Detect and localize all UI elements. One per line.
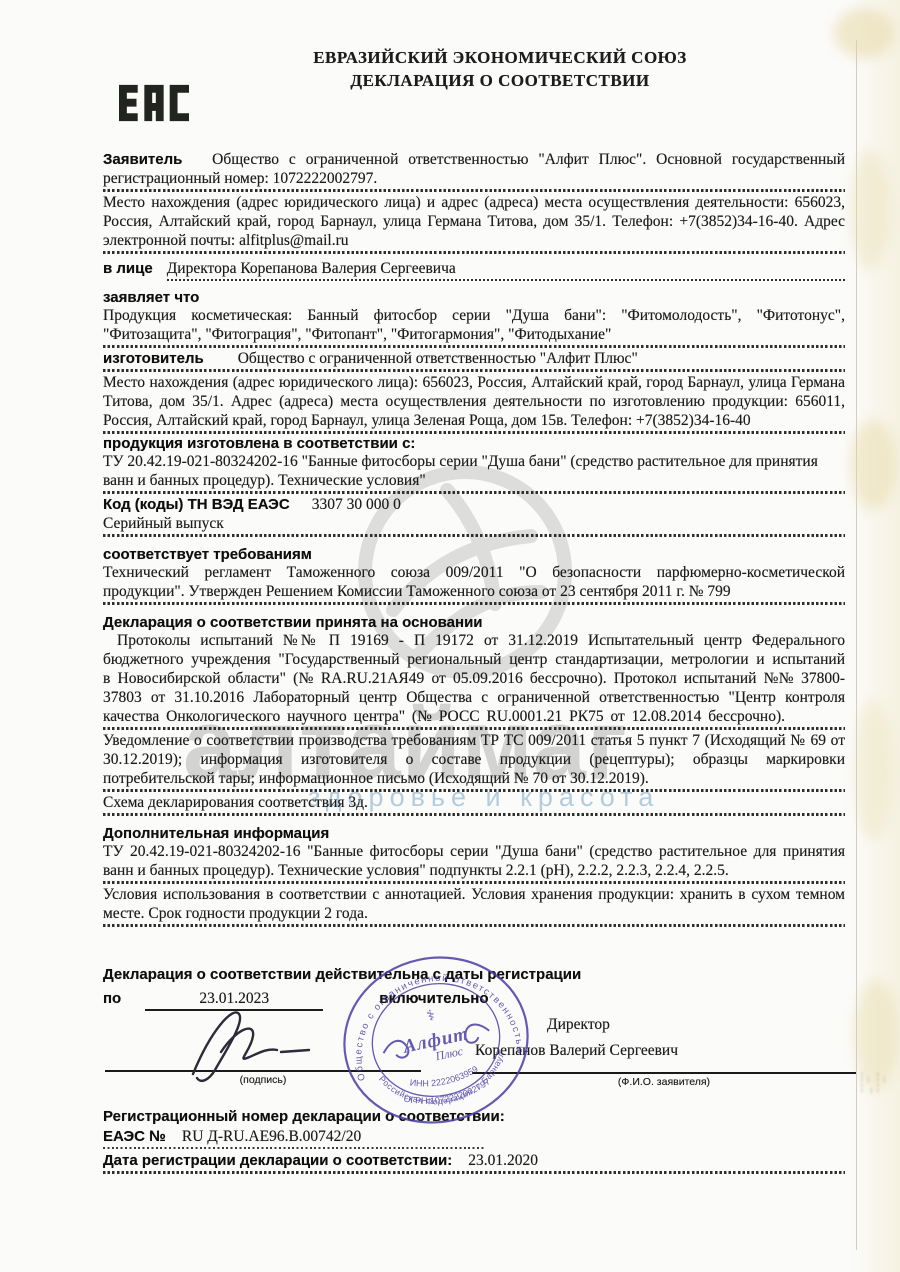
declaration-scheme: Схема декларирования соответствия 3д. (103, 793, 845, 812)
dotted-rule (103, 881, 845, 884)
applicant-paragraph: Заявитель Общество с ограниченной ответс… (103, 150, 845, 188)
complies-text: Технический регламент Таможенного союза … (103, 563, 845, 601)
bleedthrough-marks: ┊╷ ╎╷╎ ╷╎ (859, 1072, 888, 1094)
dotted-rule (103, 369, 845, 372)
union-title: ЕВРАЗИЙСКИЙ ЭКОНОМИЧЕСКИЙ СОЮЗ (200, 46, 800, 69)
dotted-rule (103, 431, 845, 434)
declaration-document: ┊╷ ╎╷╎ ╷╎ алтаймаг здоровье и красота ЕВ… (0, 0, 900, 1272)
dotted-rule (103, 534, 845, 537)
registration-date-row: Дата регистрации декларации о соответств… (103, 1152, 845, 1170)
eac-mark-icon (119, 72, 189, 134)
handwritten-signature (181, 1000, 331, 1090)
made-in-accordance-label: продукция изготовлена в соответствии с: (103, 435, 845, 452)
dotted-rule (103, 789, 845, 792)
serial-issue: Серийный выпуск (103, 514, 845, 533)
applicant-address: Место нахождения (адрес юридического лиц… (103, 193, 845, 250)
manufacturer-row: изготовитель Общество с ограниченной отв… (103, 349, 845, 368)
declares-label: заявляет что (103, 289, 845, 306)
basis-label: Декларация о соответствии принята на осн… (103, 614, 845, 631)
basis-paragraph-1: Протоколы испытаний №№ П 19169 - П 19172… (103, 631, 845, 726)
tnved-label: Код (коды) ТН ВЭД ЕАЭС (103, 496, 290, 513)
in-person-label: в лице (103, 260, 153, 277)
dotted-rule (103, 813, 845, 816)
fold-line (856, 40, 857, 1250)
additional-info-label: Дополнительная информация (103, 825, 845, 842)
tnved-code: 3307 30 000 0 (312, 495, 401, 514)
declares-text: Продукция косметическая: Банный фитосбор… (103, 306, 845, 344)
dotted-rule (103, 491, 845, 494)
dotted-rule (103, 1171, 845, 1174)
made-in-accordance-text: ТУ 20.42.19-021-80324202-16 "Банные фито… (103, 452, 845, 490)
in-person-value: Директора Корепанова Валерия Сергеевича (167, 259, 845, 281)
eaes-label: ЕАЭС № (103, 1128, 166, 1145)
additional-paragraph-2: Условия использования в соответствии с а… (103, 885, 845, 923)
dotted-rule (103, 345, 845, 348)
manufacturer-value: Общество с ограниченной ответственностью… (238, 349, 638, 368)
dotted-rule (103, 727, 845, 730)
dotted-rule (103, 189, 845, 192)
manufacturer-label: изготовитель (103, 350, 204, 367)
dotted-rule (103, 602, 845, 605)
manufacturer-address: Место нахождения (адрес юридического лиц… (103, 373, 845, 430)
stamp-medical-icon: ⚕ (425, 1007, 436, 1025)
document-title: ДЕКЛАРАЦИЯ О СООТВЕТСТВИИ (200, 69, 800, 92)
applicant-text: Общество с ограниченной ответственностью… (103, 151, 845, 187)
dotted-rule (103, 1147, 485, 1149)
document-body: Заявитель Общество с ограниченной ответс… (103, 150, 845, 928)
dotted-rule (103, 251, 845, 254)
registration-date-label: Дата регистрации декларации о соответств… (103, 1152, 452, 1169)
complies-label: соответствует требованиям (103, 546, 845, 563)
director-title: Директор (547, 1016, 610, 1034)
document-header: ЕВРАЗИЙСКИЙ ЭКОНОМИЧЕСКИЙ СОЮЗ ДЕКЛАРАЦИ… (200, 46, 800, 92)
in-person-row: в лице Директора Корепанова Валерия Серг… (103, 259, 845, 281)
registration-date: 23.01.2020 (468, 1152, 538, 1170)
basis-paragraph-2: Уведомление о соответствии производства … (103, 731, 845, 788)
valid-until-label: по (103, 990, 121, 1007)
registration-number-row: ЕАЭС № RU Д-RU.АЕ96.В.00742/20 (103, 1128, 845, 1146)
dotted-rule (103, 924, 845, 927)
applicant-label: Заявитель (103, 151, 182, 168)
registration-number: RU Д-RU.АЕ96.В.00742/20 (182, 1128, 361, 1146)
tnved-row: Код (коды) ТН ВЭД ЕАЭС 3307 30 000 0 (103, 495, 845, 514)
additional-paragraph-1: ТУ 20.42.19-021-80324202-16 "Банные фито… (103, 842, 845, 880)
